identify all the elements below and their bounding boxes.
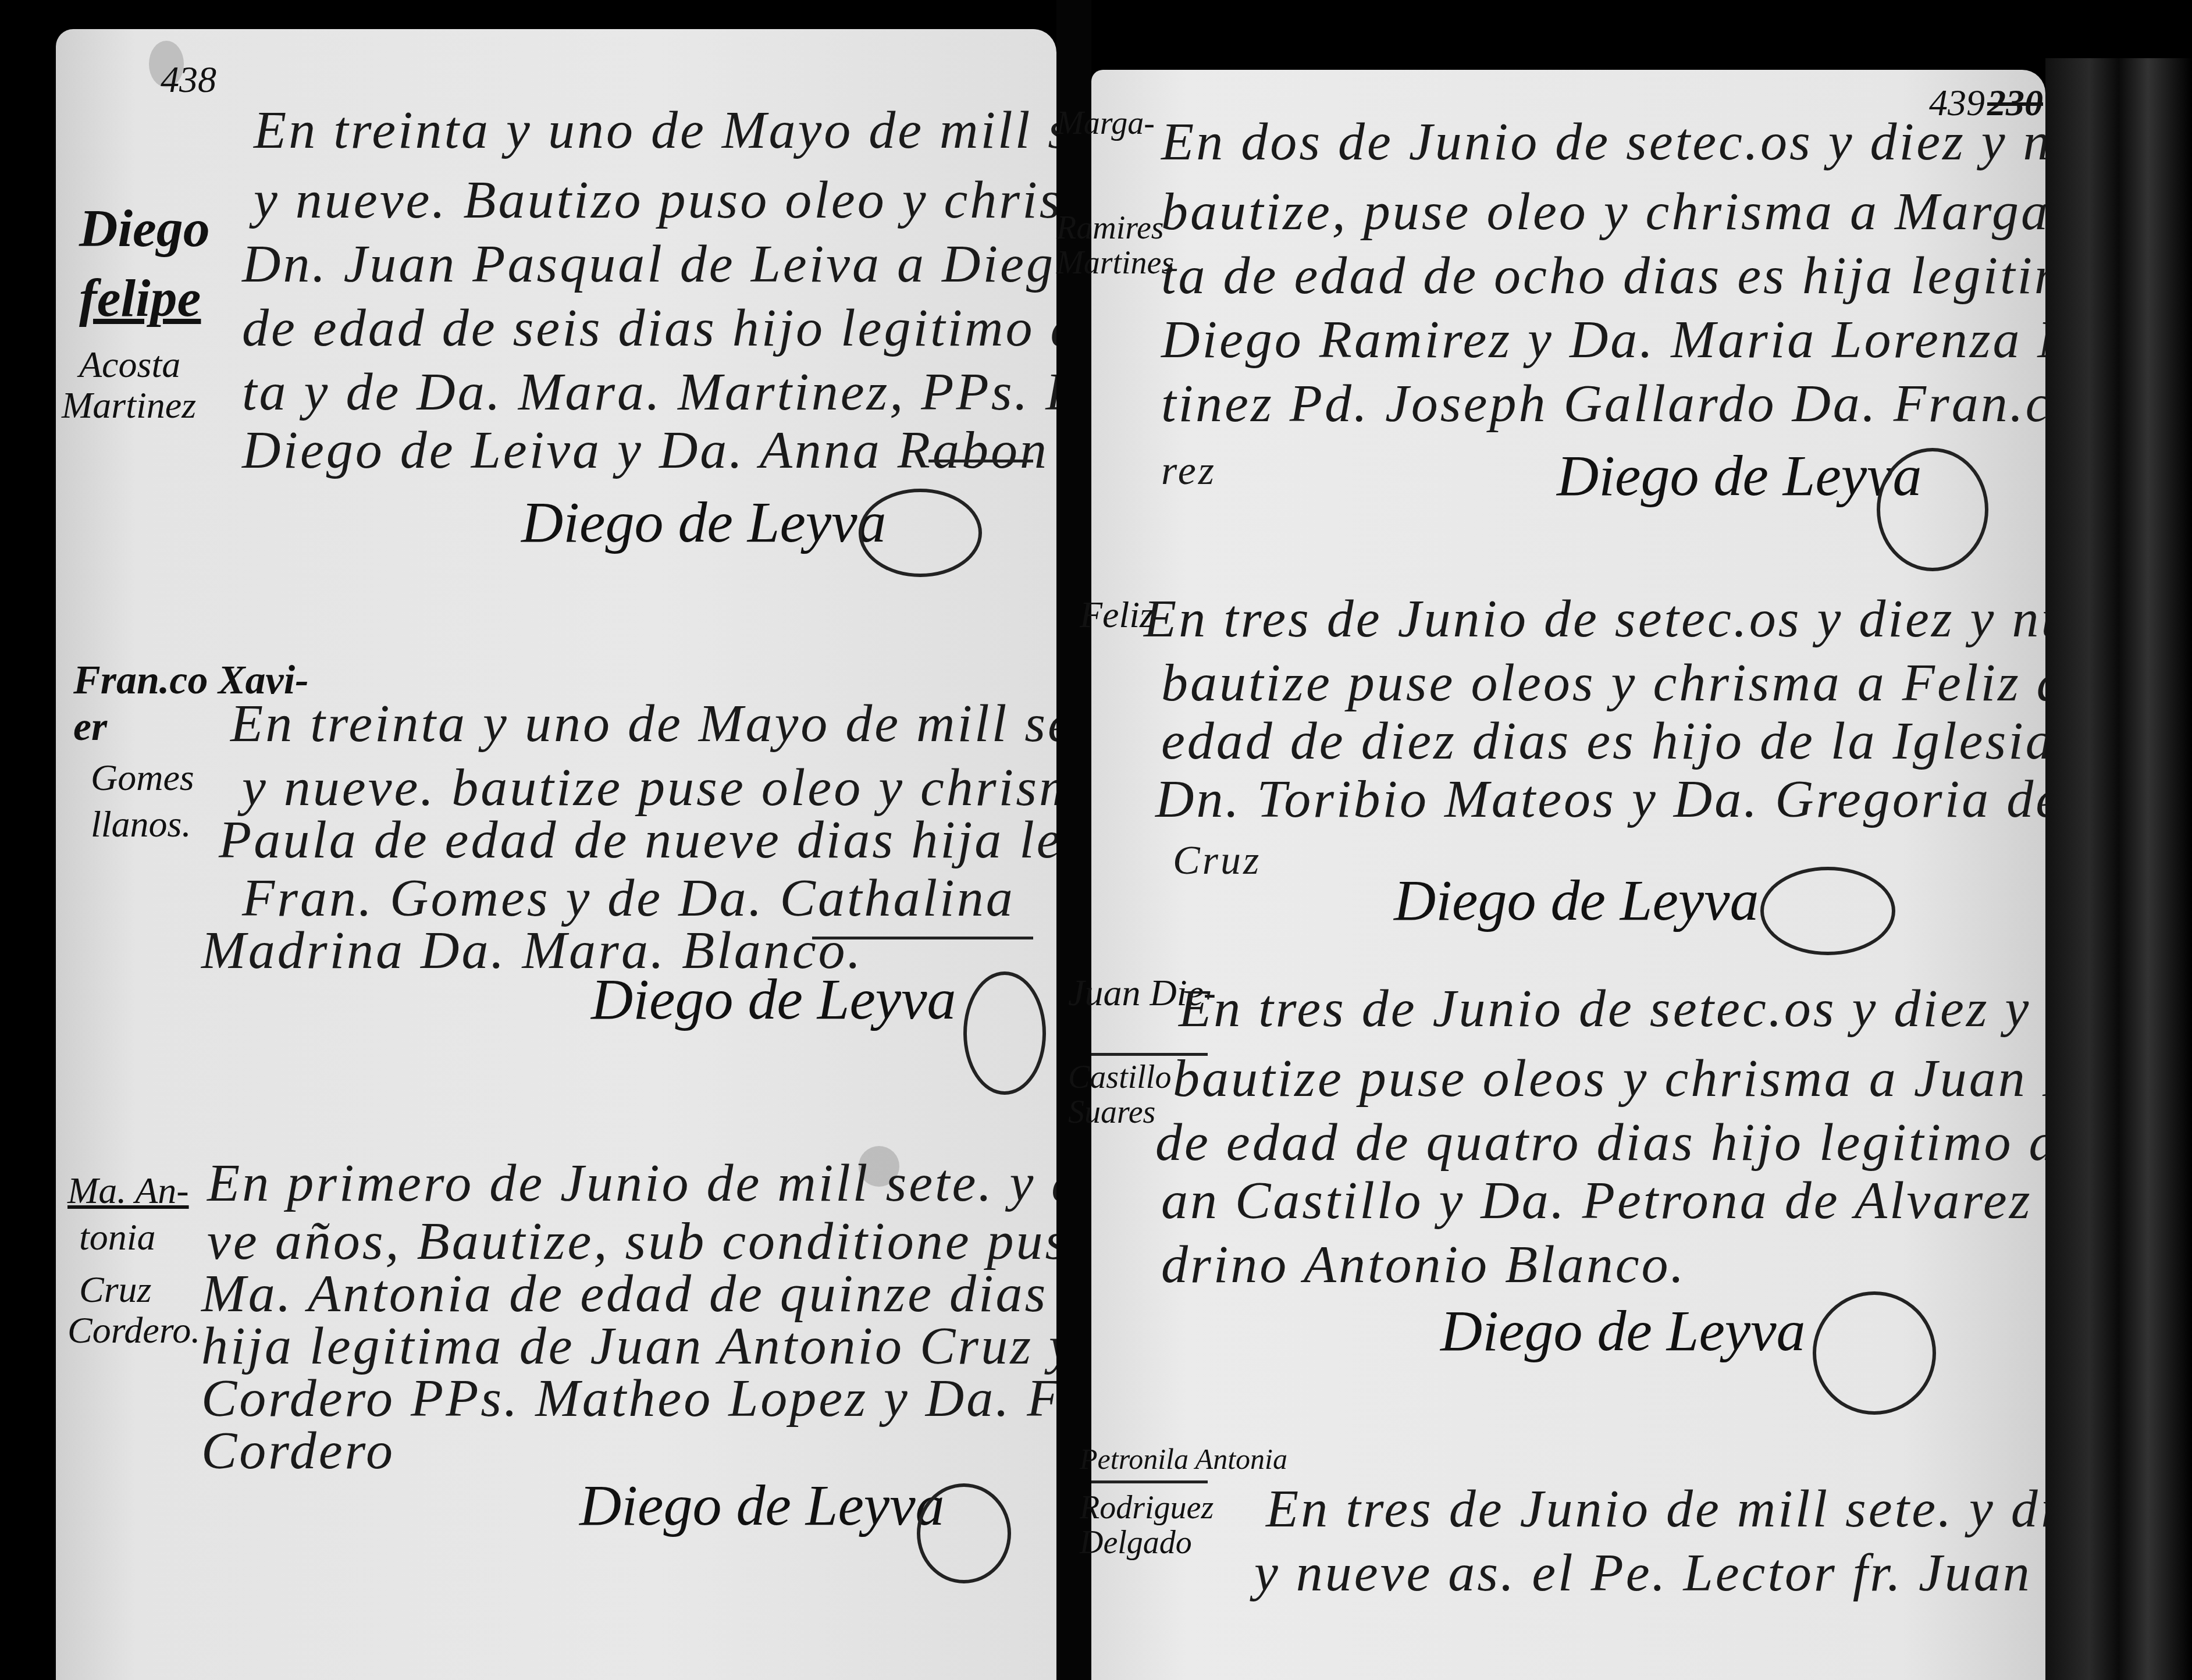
signature: Diego de Leyva (1557, 442, 1922, 509)
margin-note-name: felipe (79, 268, 201, 329)
margin-note-surname: Ramires (1056, 209, 1164, 247)
entry-line: Dn. Toribio Mateos y Da. Gregoria de San… (1155, 768, 2192, 830)
signature-flourish (917, 1483, 1011, 1583)
margin-note-name: Diego (79, 198, 210, 259)
scan-background-left (0, 0, 56, 1680)
margin-note-surname: Cordero. (67, 1309, 200, 1352)
entry-line: tinez Pd. Joseph Gallardo Da. Fran.ca Ra… (1161, 372, 2192, 434)
entry-line: Diego Ramirez y Da. Maria Lorenza Mar- (1161, 308, 2156, 370)
entry-line: bautize, puse oleo y chrisma a Margari- (1161, 180, 2111, 242)
margin-rule (1091, 1480, 1208, 1483)
entry-line: de edad de quatro dias hijo legitimo de … (1155, 1111, 2155, 1173)
signature: Diego de Leyva (579, 1472, 945, 1539)
entry-end-rule (928, 460, 1033, 462)
entry-line: ta y de Da. Mara. Martinez, PPs. Lo (242, 361, 1107, 422)
entry-line: En tres de Junio de mill sete. y diez (1266, 1478, 2106, 1539)
signature-flourish (1877, 448, 1988, 571)
margin-note-name: tonia (79, 1216, 156, 1259)
margin-note-surname: Castillo (1068, 1059, 1171, 1096)
margin-note-surname: llanos. (91, 803, 191, 846)
margin-note-surname: Martinez (62, 384, 196, 427)
margin-note-name: Feliz (1080, 593, 1154, 636)
signature-flourish (963, 971, 1046, 1095)
right-page: 439 230 Marga- Ramires Martines En dos d… (1091, 70, 2045, 1680)
margin-note-surname: Cruz (79, 1268, 152, 1311)
entry-line: y nueve. Bautizo puso oleo y chrisma (254, 169, 1133, 230)
margin-note-surname: Gomes (91, 756, 194, 799)
entry-line: bautize puse oleos y chrisma a Juan Dieg… (1173, 1047, 2186, 1109)
signature: Diego de Leyva (521, 489, 887, 556)
margin-note-surname: Rodriguez (1080, 1489, 1214, 1526)
page-number: 438 (161, 58, 216, 101)
signature-flourish (859, 489, 982, 577)
entry-end-rule (812, 937, 1033, 939)
margin-note-name: er (73, 704, 107, 751)
margin-note-surname: Suares (1068, 1094, 1155, 1131)
margin-note-surname: Delgado (1080, 1524, 1192, 1561)
signature: Diego de Leyva (591, 966, 956, 1033)
entry-line: an Castillo y Da. Petrona de Alvarez Pa- (1161, 1169, 2132, 1231)
entry-line: Cruz (1173, 838, 1261, 884)
margin-note-surname: Martines (1056, 244, 1174, 282)
signature-flourish (1760, 867, 1895, 955)
left-page: 438 Diego felipe Acosta Martinez En trei… (56, 29, 1056, 1680)
margin-note-name: Marga- (1056, 105, 1155, 142)
entry-line: En tres de Junio de setec.os y diez y nu… (1179, 977, 2183, 1039)
entry-line: En tres de Junio de setec.os y diez y nu… (1144, 588, 2148, 649)
entry-line: ta de edad de ocho dias es hija legitima… (1161, 244, 2175, 306)
entry-line: y nueve as. el Pe. Lector fr. Juan (1254, 1542, 2032, 1603)
entry-line: drino Antonio Blanco. (1161, 1233, 1686, 1295)
entry-line: Cordero (201, 1419, 395, 1481)
entry-line: edad de diez dias es hijo de la Iglesia … (1161, 710, 2150, 771)
margin-note-surname: Acosta (79, 343, 180, 386)
margin-note-name: Ma. An- (67, 1169, 189, 1212)
signature: Diego de Leyva (1394, 867, 1759, 934)
book-page-edges (2045, 58, 2192, 1680)
entry-line: En dos de Junio de setec.os y diez y nue… (1161, 111, 2159, 172)
signature: Diego de Leyva (1440, 1297, 1806, 1364)
margin-note-name: Petronila Antonia (1080, 1443, 1287, 1476)
entry-line: bautize puse oleos y chrisma a Feliz de (1161, 652, 2092, 713)
entry-line: Diego de Leiva y Da. Anna Rabon (242, 419, 1049, 480)
entry-line: rez (1161, 448, 1216, 494)
signature-flourish (1813, 1291, 1936, 1415)
